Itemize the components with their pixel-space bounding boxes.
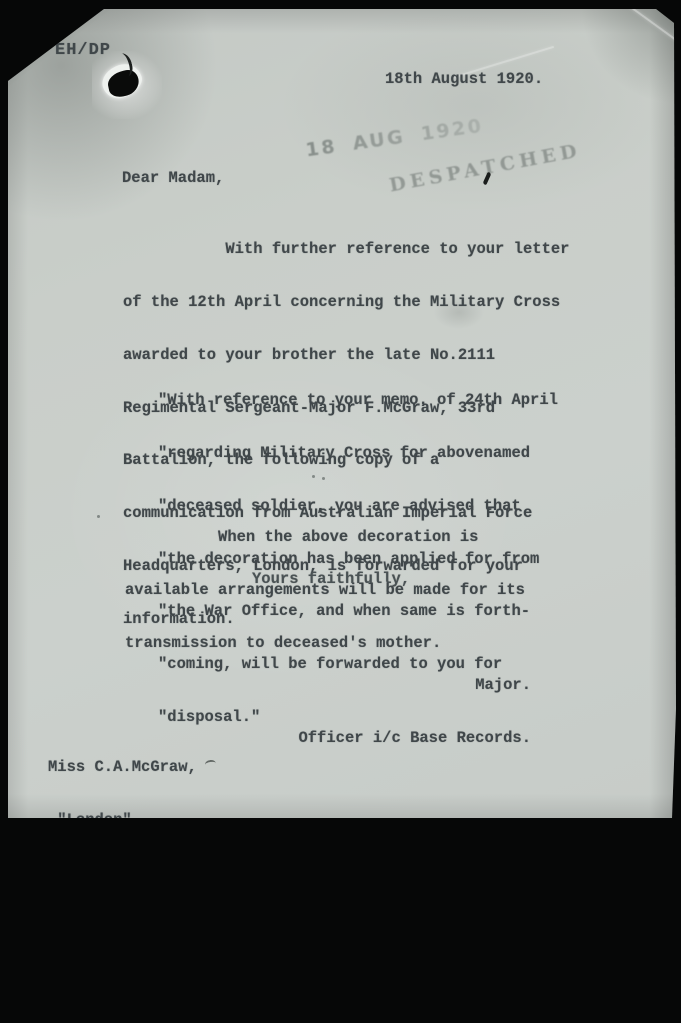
typed-line: "With reference to your memo. of 24th Ap… bbox=[158, 392, 558, 410]
recipient-house: "London", bbox=[48, 812, 262, 829]
typed-line: When the above decoration is bbox=[125, 529, 525, 547]
received-date-stamp: 18 AUG 1920 bbox=[305, 117, 485, 161]
typed-line: With further reference to your letter bbox=[123, 241, 569, 259]
ink-speck bbox=[322, 477, 325, 480]
corner-crease-line bbox=[619, 0, 681, 49]
closing-valediction: Yours faithfully, bbox=[252, 571, 410, 589]
ink-speck bbox=[312, 475, 315, 478]
recipient-name: Miss C.A.McGraw, bbox=[48, 759, 262, 777]
signature-block: Major. Officer i/c Base Records. bbox=[283, 642, 531, 783]
despatched-stamp: DESPATCHED bbox=[388, 141, 583, 195]
recipient-address-block: Miss C.A.McGraw, "London", Barnstaple Ro… bbox=[48, 724, 262, 829]
letter-paper: 18 AUG 1920 DESPATCHED EH/DP 18th August… bbox=[8, 9, 676, 818]
scanned-letter-backdrop: 18 AUG 1920 DESPATCHED EH/DP 18th August… bbox=[0, 0, 681, 829]
signature-title: Officer i/c Base Records. bbox=[283, 730, 531, 748]
reference-code: EH/DP bbox=[55, 42, 111, 60]
salutation: Dear Madam, bbox=[122, 170, 224, 188]
typed-line: "regarding Military Cross for abovenamed bbox=[158, 445, 558, 463]
signature-rank: Major. bbox=[283, 677, 531, 695]
ink-speck bbox=[97, 515, 100, 518]
letter-date: 18th August 1920. bbox=[385, 71, 543, 89]
typed-line: of the 12th April concerning the Militar… bbox=[123, 294, 569, 312]
